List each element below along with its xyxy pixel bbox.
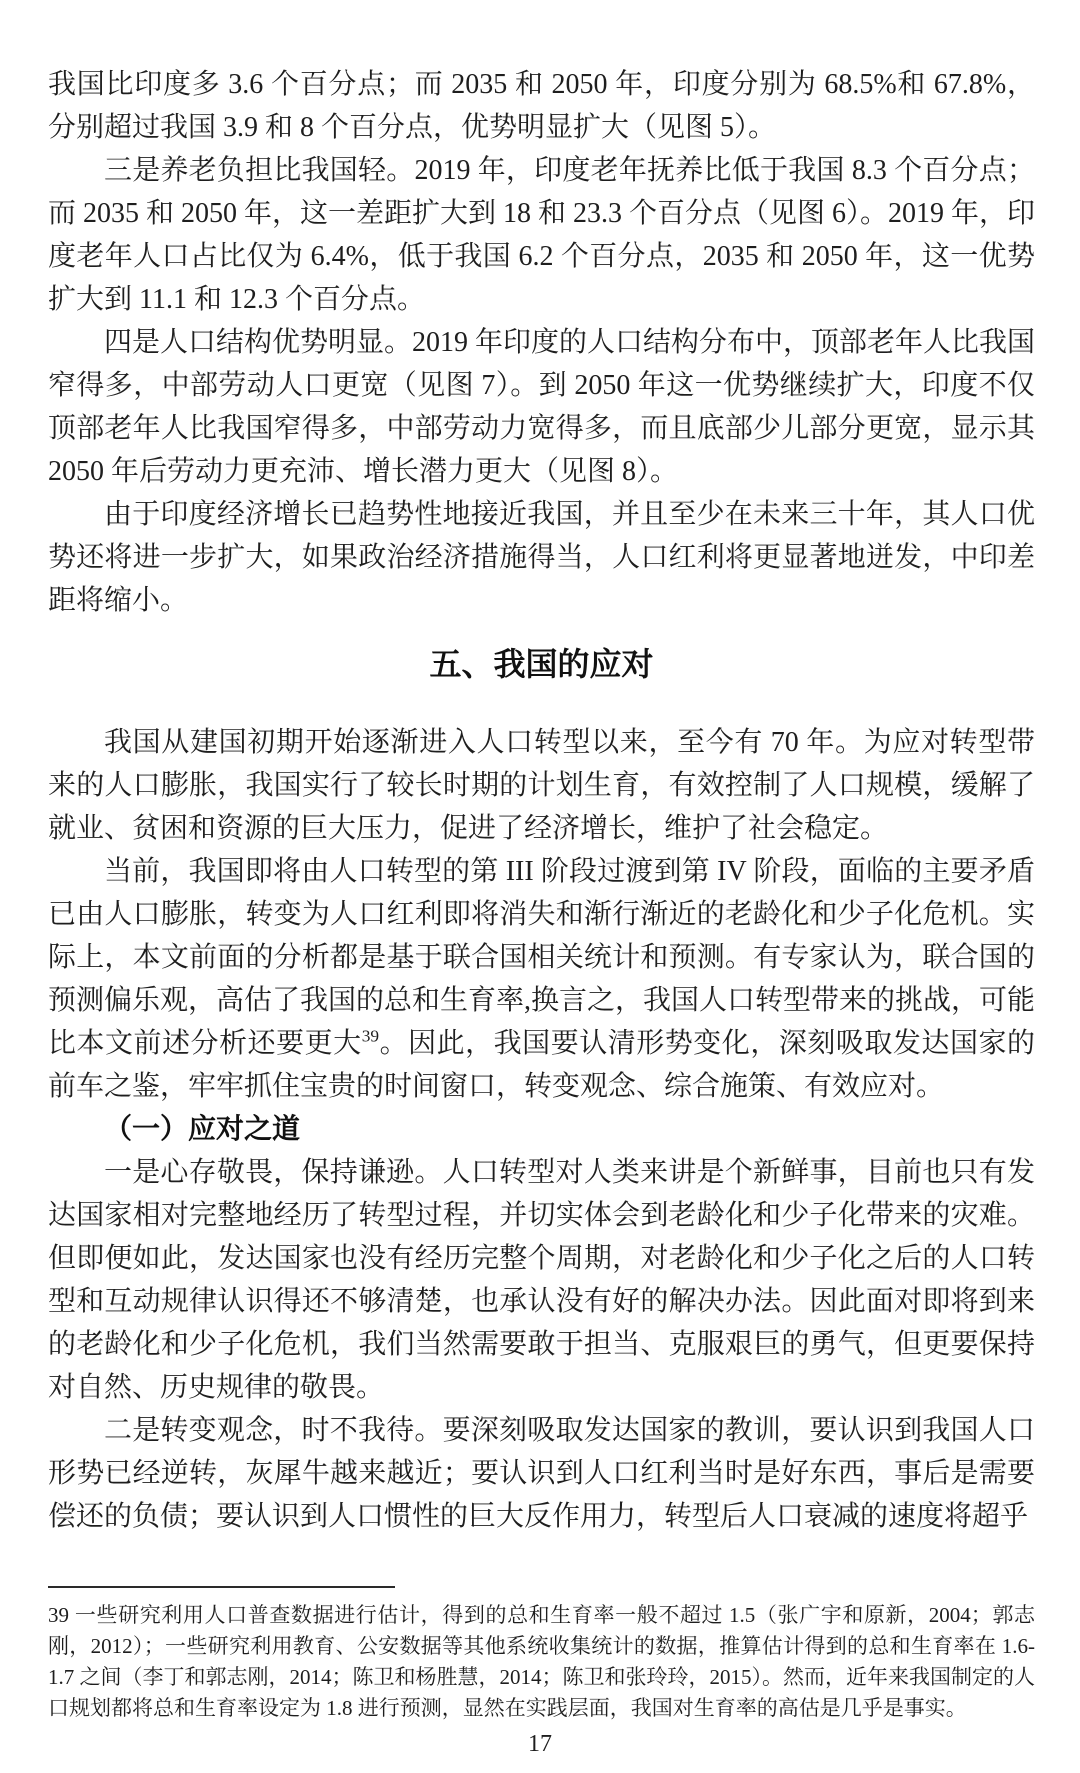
page-number: 17 bbox=[0, 1730, 1080, 1758]
text-run: 由于印度经济增长已趋势性地接近我国，并且至少在未来三十年，其人口优势还将进一步扩… bbox=[48, 499, 1035, 616]
footnote: 39 一些研究利用人口普查数据进行估计，得到的总和生育率一般不超过 1.5（张广… bbox=[48, 1586, 1035, 1724]
paragraph: 四是人口结构优势明显。2019 年印度的人口结构分布中，顶部老年人比我国窄得多，… bbox=[48, 321, 1035, 493]
paragraph: 二是转变观念，时不我待。要深刻吸取发达国家的教训，要认识到我国人口形势已经逆转，… bbox=[48, 1409, 1035, 1538]
paragraph: 当前，我国即将由人口转型的第 III 阶段过渡到第 IV 阶段，面临的主要矛盾已… bbox=[48, 850, 1035, 1108]
section-heading: 五、我国的应对 bbox=[48, 640, 1035, 688]
footnote-text: 39 一些研究利用人口普查数据进行估计，得到的总和生育率一般不超过 1.5（张广… bbox=[48, 1600, 1035, 1724]
paragraph: 一是心存敬畏，保持谦逊。人口转型对人类来讲是个新鲜事，目前也只有发达国家相对完整… bbox=[48, 1151, 1035, 1409]
paragraph: 由于印度经济增长已趋势性地接近我国，并且至少在未来三十年，其人口优势还将进一步扩… bbox=[48, 493, 1035, 622]
text-run: 我国比印度多 3.6 个百分点；而 2035 和 2050 年，印度分别为 68… bbox=[48, 69, 1035, 143]
text-run: 四是人口结构优势明显。2019 年印度的人口结构分布中，顶部老年人比我国窄得多，… bbox=[48, 327, 1035, 487]
paragraph: 三是养老负担比我国轻。2019 年，印度老年抚养比低于我国 8.3 个百分点；而… bbox=[48, 149, 1035, 321]
footnote-ref: 39 bbox=[362, 1027, 379, 1046]
text-run: 我国从建国初期开始逐渐进入人口转型以来，至今有 70 年。为应对转型带来的人口膨… bbox=[48, 727, 1035, 844]
document-page: 我国比印度多 3.6 个百分点；而 2035 和 2050 年，印度分别为 68… bbox=[0, 0, 1080, 1773]
document-body: 我国比印度多 3.6 个百分点；而 2035 和 2050 年，印度分别为 68… bbox=[48, 63, 1035, 1538]
paragraph: 我国比印度多 3.6 个百分点；而 2035 和 2050 年，印度分别为 68… bbox=[48, 63, 1035, 149]
text-run: 二是转变观念，时不我待。要深刻吸取发达国家的教训，要认识到我国人口形势已经逆转，… bbox=[48, 1415, 1035, 1532]
subsection-heading: （一）应对之道 bbox=[48, 1108, 1035, 1151]
text-run: 三是养老负担比我国轻。2019 年，印度老年抚养比低于我国 8.3 个百分点；而… bbox=[48, 155, 1035, 315]
paragraph: 我国从建国初期开始逐渐进入人口转型以来，至今有 70 年。为应对转型带来的人口膨… bbox=[48, 721, 1035, 850]
text-run: 一是心存敬畏，保持谦逊。人口转型对人类来讲是个新鲜事，目前也只有发达国家相对完整… bbox=[48, 1157, 1035, 1403]
footnote-separator bbox=[48, 1586, 395, 1588]
